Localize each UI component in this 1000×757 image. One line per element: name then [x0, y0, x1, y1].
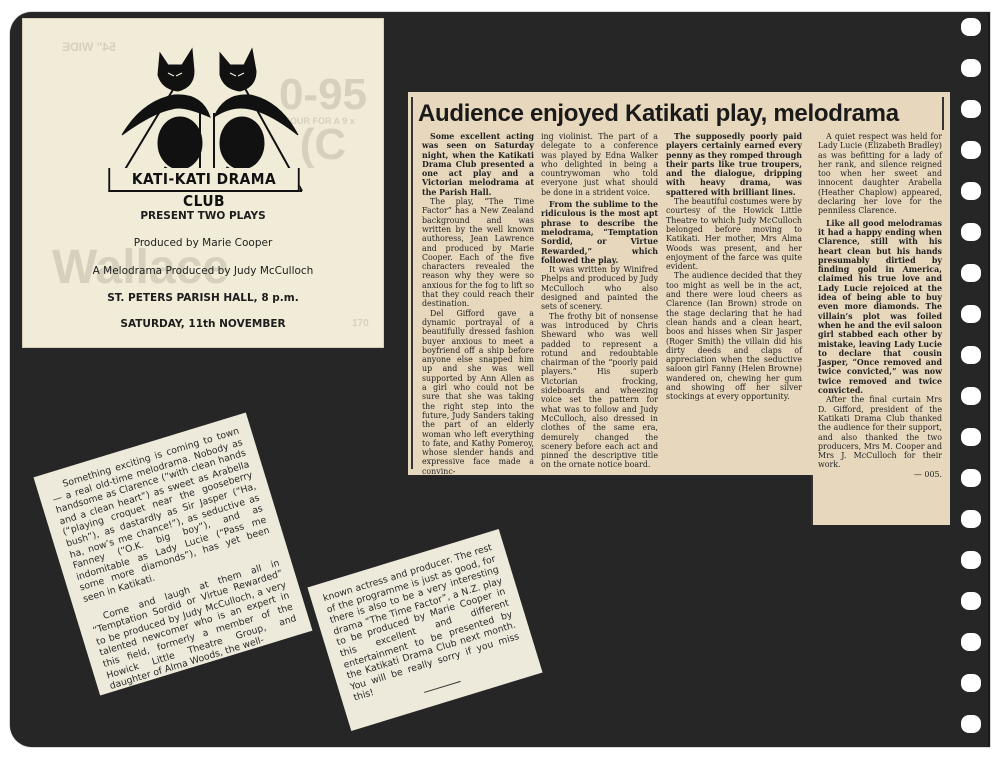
binder-hole [961, 387, 981, 405]
advert-line: ST. PETERS PARISH HALL, 8 p.m. [22, 292, 384, 304]
binder-hole [961, 551, 981, 569]
article-signature: — 005. [818, 470, 942, 479]
article-paragraph: From the sublime to the ridiculous is th… [541, 200, 658, 265]
article-column: Some excellent acting was seen on Saturd… [422, 132, 534, 476]
article-paragraph: The audience decided that they too might… [666, 271, 802, 401]
binder-hole [961, 592, 981, 610]
binder-hole [961, 59, 981, 77]
article-column: The supposedly poorly paid players certa… [666, 132, 802, 402]
article-paragraph: The beautiful costumes were by courtesy … [666, 197, 802, 271]
binder-hole [961, 715, 981, 733]
binder-hole [961, 264, 981, 282]
advert-line: PRESENT TWO PLAYS [22, 210, 384, 222]
column-rule [411, 97, 413, 469]
binder-hole [961, 18, 981, 36]
club-logo-text: KATI-KATI DRAMA CLUB [108, 168, 299, 192]
binder-hole [961, 428, 981, 446]
article-clipping: Audience enjoyed Katikati play, melodram… [408, 92, 948, 475]
article-paragraph: After the final curtain Mrs D. Gifford, … [818, 395, 942, 469]
advert-line: Produced by Marie Cooper [22, 237, 384, 249]
article-headline: Audience enjoyed Katikati play, melodram… [418, 100, 943, 128]
article-column: ing violinist. The part of a delegate to… [541, 132, 658, 470]
article-paragraph: Like all good melodramas it had a happy … [818, 219, 942, 396]
article-paragraph: Del Gifford gave a dynamic portrayal of … [422, 309, 534, 476]
binder-hole [961, 223, 981, 241]
binder-hole [961, 141, 981, 159]
advert-line: A Melodrama Produced by Judy McCulloch [22, 265, 384, 277]
article-paragraph: ing violinist. The part of a delegate to… [541, 132, 658, 197]
article-paragraph: The play, “The Time Factor” has a New Ze… [422, 197, 534, 309]
binder-hole [961, 182, 981, 200]
binder-hole [961, 510, 981, 528]
binder-hole [961, 346, 981, 364]
article-paragraph: It was written by Winifred Phelps and pr… [541, 265, 658, 311]
binder-hole [961, 305, 981, 323]
binder-hole [961, 674, 981, 692]
article-paragraph: The frothy bit of nonsense was introduce… [541, 312, 658, 470]
article-paragraph: Some excellent acting was seen on Saturd… [422, 132, 534, 197]
article-column: A quiet respect was held for Lady Lucie … [818, 132, 942, 479]
article-paragraph: The supposedly poorly paid players certa… [666, 132, 802, 197]
advert-clipping: 54" WIDE 0-95 (C SOUR FOR A 9 x Wallace … [22, 18, 384, 348]
binder-hole [961, 100, 981, 118]
binder-hole [961, 469, 981, 487]
advert-line: SATURDAY, 11th NOVEMBER [22, 318, 384, 330]
article-paragraph: A quiet respect was held for Lady Lucie … [818, 132, 942, 216]
binder-hole [961, 633, 981, 651]
end-rule [424, 681, 461, 693]
